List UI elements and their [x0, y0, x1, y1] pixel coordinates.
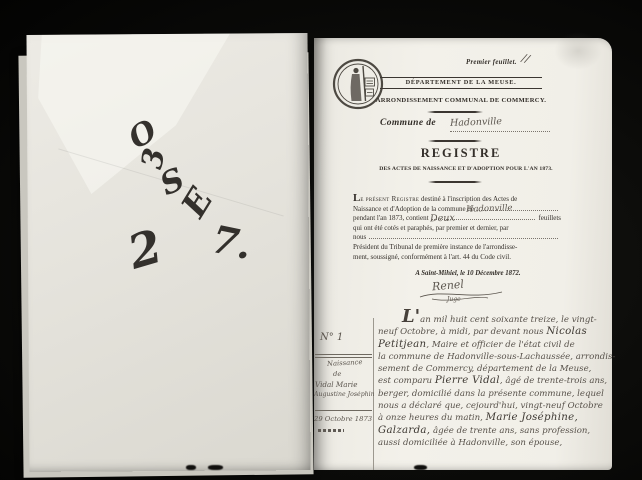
margin-note: Vidal Marie: [315, 380, 357, 389]
header-rule-top: [380, 77, 542, 78]
entry-line: sement de Commercy, département de la Me…: [378, 363, 612, 375]
commune-fill-line: [450, 131, 550, 132]
archival-glyph: E: [176, 183, 219, 223]
left-page: O3SE27.: [26, 33, 310, 472]
preamble-line: Naissance et d'Adoption de la commune de: [353, 205, 561, 215]
preamble-line: ment, soussigné, conformément à l'art. 4…: [353, 253, 561, 263]
preamble-line: nous: [353, 233, 561, 243]
preamble-line: Président du Tribunal de première instan…: [353, 243, 561, 253]
register-title: REGISTRE: [380, 146, 542, 161]
margin-rule: [315, 354, 372, 358]
signature-flourish: [418, 288, 504, 302]
entry-line: L'an mil huit cent soixante treize, le v…: [378, 311, 612, 326]
entry-line: neuf Octobre, à midi, par devant nous Ni…: [378, 326, 612, 338]
entry-line: Galzarda, âgée de trente ans, sans profe…: [378, 425, 612, 437]
margin-note: Augustine Joséphine: [314, 391, 374, 398]
place-date-line: A Saint-Mihiel, le 10 Décembre 1872.: [386, 270, 550, 277]
entry-line: nous a déclaré que, cejourd'hui, vingt-n…: [378, 400, 612, 412]
preamble-paragraph: Le présent Registre destiné à l'inscript…: [353, 194, 561, 262]
ornament-divider: [428, 181, 482, 183]
ornament-divider: [428, 140, 482, 142]
margin-note: de: [333, 370, 341, 378]
preamble-line: qui ont été cotés et paraphés, par premi…: [353, 224, 561, 234]
archival-notation: O3SE27.: [26, 33, 310, 472]
entry-line: est comparu Pierre Vidal, âgé de trente-…: [378, 375, 612, 387]
folio-label: Premier feuillet.: [466, 59, 517, 66]
margin-date: 29 Octobre 1873: [314, 415, 372, 423]
commune-label: Commune de: [380, 118, 436, 128]
birth-act-entry: L'an mil huit cent soixante treize, le v…: [378, 311, 612, 449]
margin-note: Naissance: [327, 358, 363, 368]
margin-flourish: [318, 429, 344, 432]
entry-line: à onze heures du matin, Marie Joséphine,: [378, 412, 612, 424]
folio-handwritten-mark: //: [521, 51, 531, 65]
scan-mark: [208, 465, 223, 470]
preamble-line: pendant l'an 1873, contientfeuillets: [353, 214, 561, 224]
signature-title: Juge: [447, 296, 461, 303]
entry-line: Petitjean, Maire et officier de l'état c…: [378, 339, 612, 351]
act-number: N° 1: [320, 332, 343, 343]
arrondissement-heading: ARRONDISSEMENT COMMUNAL DE COMMERCY.: [374, 97, 548, 104]
commune-handwritten-value: Hadonville: [450, 116, 502, 129]
register-subtitle: DES ACTES DE NAISSANCE ET D'ADOPTION POU…: [366, 166, 566, 172]
preamble-line: Le présent Registre destiné à l'inscript…: [353, 194, 561, 205]
scanned-register-document: O3SE27. Premier feuillet. // DÉPARTEMENT…: [0, 0, 642, 480]
scan-mark: [414, 465, 427, 470]
entry-line: la commune de Hadonville-sous-Lachaussée…: [378, 351, 612, 363]
scan-mark: [186, 465, 196, 470]
preamble-count-fill: Deux: [430, 213, 455, 225]
scan-smudge: [554, 32, 602, 70]
entry-line: aussi domiciliée à Hadonville, son épous…: [378, 437, 612, 449]
entry-line: berger, domicilié dans la présente commu…: [378, 388, 612, 400]
ornament-divider: [427, 111, 483, 113]
margin-rule: [315, 410, 372, 411]
header-rule-bottom: [380, 88, 542, 89]
right-page: Premier feuillet. // DÉPARTEMENT DE LA M…: [314, 38, 612, 470]
department-heading: DÉPARTEMENT DE LA MEUSE.: [380, 79, 542, 86]
archival-glyph: 2: [123, 223, 167, 276]
archival-glyph: 7.: [209, 220, 256, 265]
preamble-commune-fill: Hadonville: [466, 203, 513, 215]
